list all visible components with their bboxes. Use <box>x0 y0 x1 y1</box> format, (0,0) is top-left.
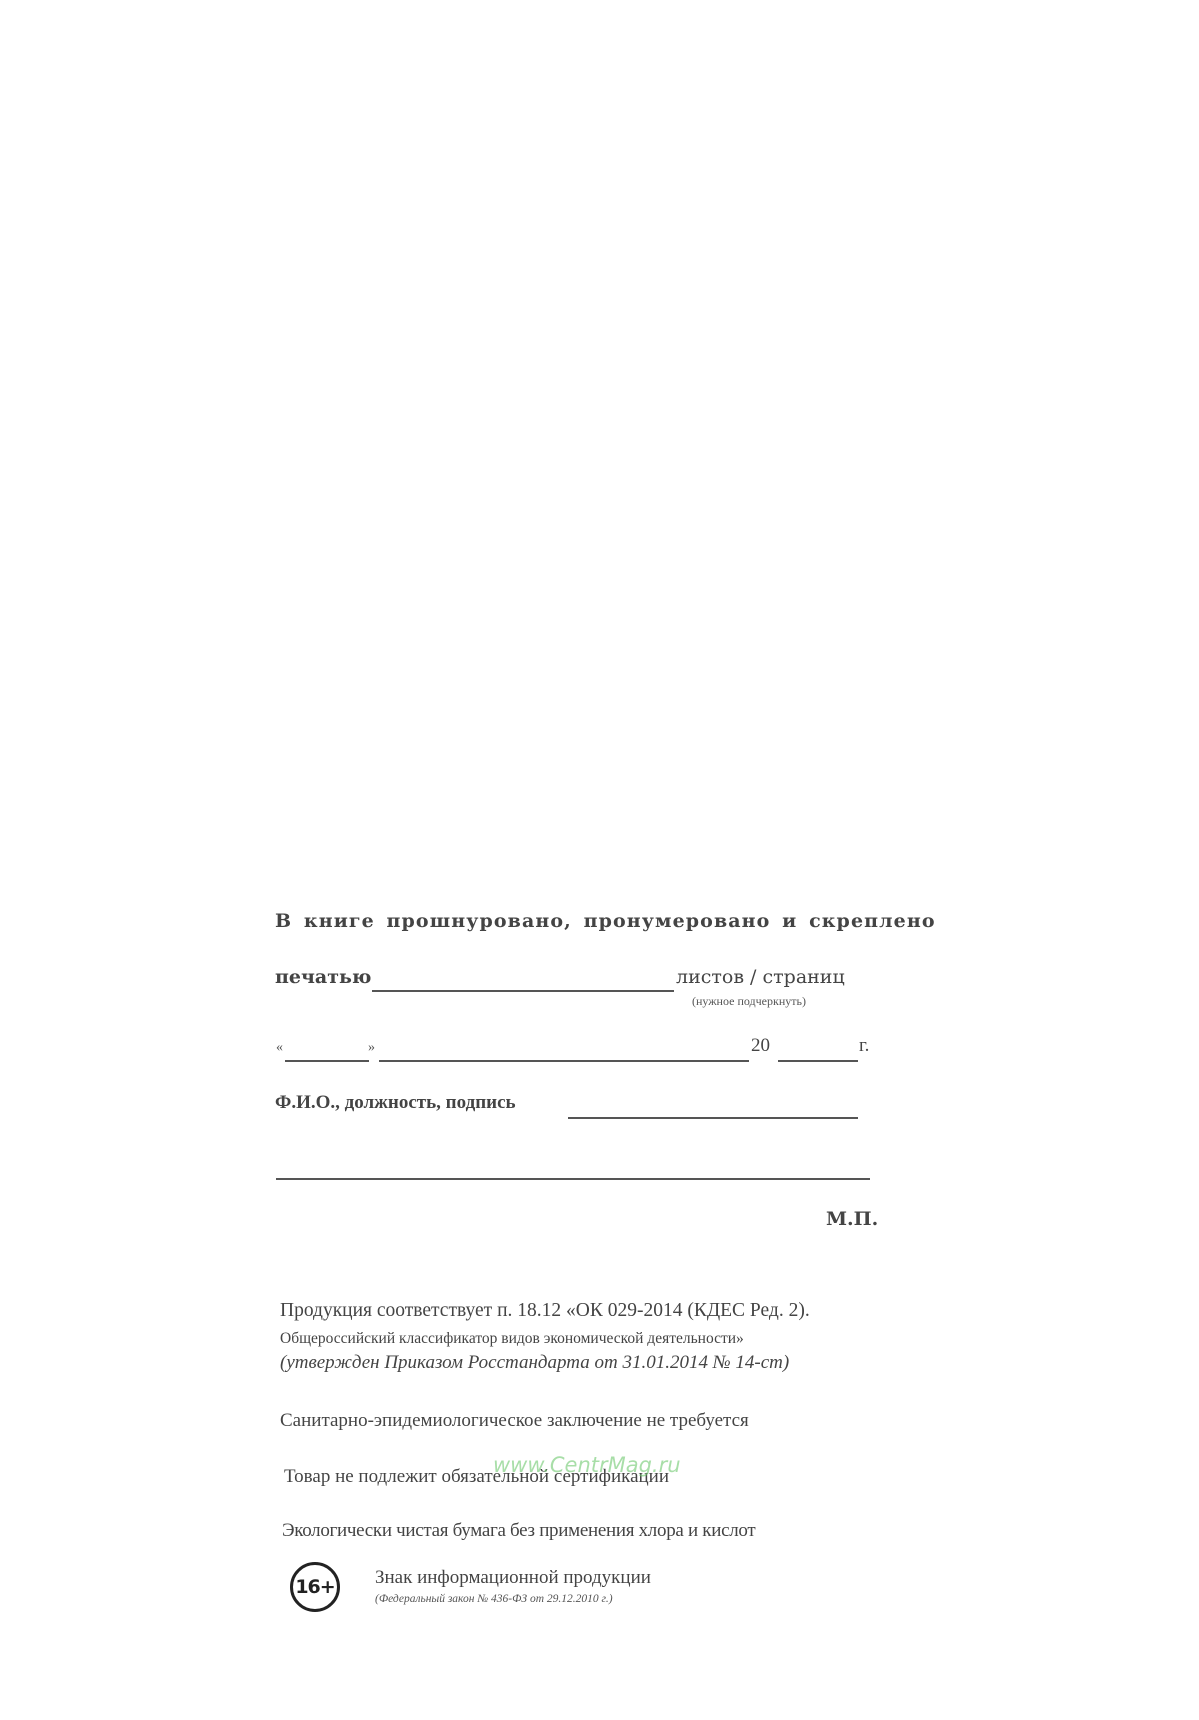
quote-open: « <box>276 1040 283 1056</box>
year-suffix: г. <box>859 1035 869 1057</box>
underline-hint: (нужное подчеркнуть) <box>692 994 806 1009</box>
certification-heading: В книге прошнуровано, пронумеровано и ск… <box>275 910 936 932</box>
extra-field-line <box>276 1178 870 1180</box>
day-field-line <box>285 1060 369 1062</box>
seal-label: печатью <box>275 966 371 988</box>
year-field-line <box>778 1060 858 1062</box>
info-product-sign-label: Знак информационной продукции <box>375 1567 651 1589</box>
eco-paper-note: Экологически чистая бумага без применени… <box>282 1520 755 1542</box>
watermark: www.CentrMag.ru <box>493 1453 681 1477</box>
sheet-count-field-line <box>372 990 674 992</box>
sheets-pages-label: листов / страниц <box>676 966 845 988</box>
quote-close: » <box>368 1040 375 1056</box>
age-rating-icon: 16+ <box>290 1562 340 1612</box>
month-field-line <box>379 1060 749 1062</box>
stamp-place-label: М.П. <box>826 1208 878 1230</box>
signature-field-line <box>568 1117 858 1119</box>
law-reference: (Федеральный закон № 436-ФЗ от 29.12.201… <box>375 1593 613 1605</box>
name-position-signature-label: Ф.И.О., должность, подпись <box>275 1092 516 1114</box>
compliance-line-3: (утвержден Приказом Росстандарта от 31.0… <box>280 1352 789 1374</box>
compliance-line-2: Общероссийский классификатор видов эконо… <box>280 1330 744 1348</box>
year-prefix: 20 <box>751 1035 770 1057</box>
compliance-line-1: Продукция соответствует п. 18.12 «ОК 029… <box>280 1300 810 1322</box>
sanitary-note: Санитарно-эпидемиологическое заключение … <box>280 1410 749 1432</box>
